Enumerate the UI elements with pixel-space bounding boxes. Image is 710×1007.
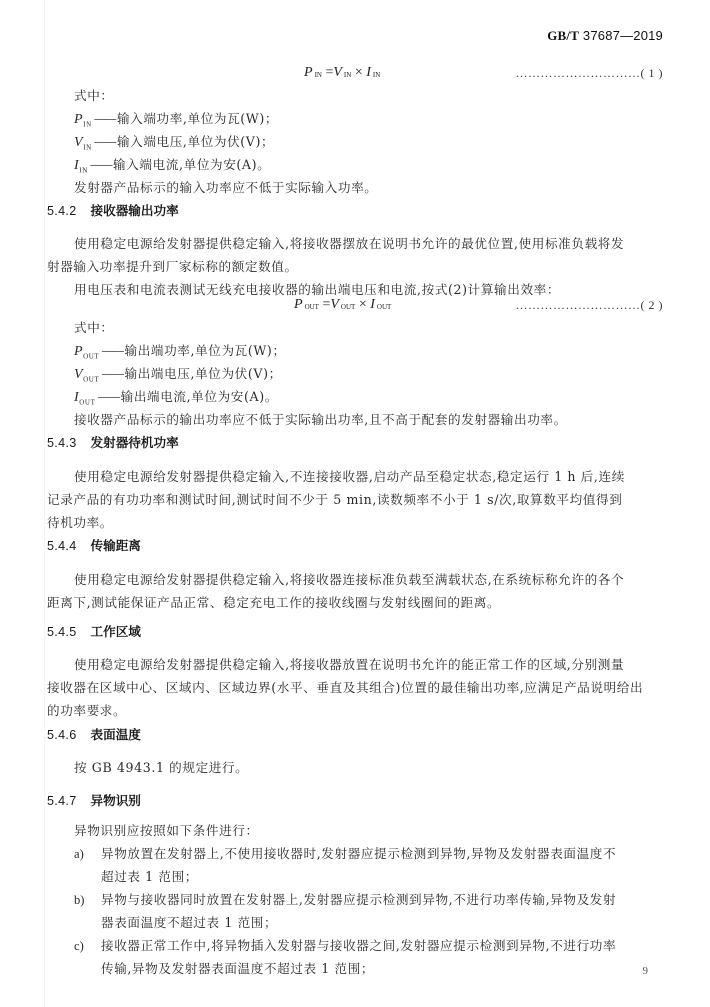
formula-symbol: V xyxy=(330,297,339,312)
section-title: 工作区域 xyxy=(91,624,141,639)
document-page: GB/T 37687—2019 PIN =VIN × IIN ………………………… xyxy=(0,0,710,1007)
list-item-line: 异物放置在发射器上,不使用接收器时,发射器应提示检测到异物,异物及发射器表面温度… xyxy=(101,846,616,862)
paragraph-line: 异物识别应按照如下条件进行： xyxy=(74,823,259,839)
where-item: POUT——输出端功率,单位为瓦(W)； xyxy=(74,343,286,365)
formula-subscript: OUT xyxy=(305,303,319,311)
formula-subscript: IN xyxy=(373,71,380,79)
list-item-line: 接收器正常工作中,将异物插入发射器与接收器之间,发射器应提示检测到异物,不进行功… xyxy=(101,938,616,954)
formula-subscript: OUT xyxy=(341,303,355,311)
list-label-b: b) xyxy=(74,892,85,908)
where-intro: 式中： xyxy=(74,320,114,336)
where-item: VIN——输入端电压,单位为伏(V)； xyxy=(74,134,274,156)
paragraph-line: 使用稳定电源给发射器提供稳定输入,将接收器连接标准负载至满载状态,在系统标称允许… xyxy=(74,572,624,588)
equation-label: ( 1 ) xyxy=(641,66,664,80)
formula-symbol: P xyxy=(304,65,313,80)
formula-1: PIN =VIN × IIN xyxy=(304,64,380,84)
paragraph-line: 距离下,测试能保证产品正常、稳定充电工作的接收线圈与发射线圈间的距离。 xyxy=(47,595,500,611)
paragraph-line: 接收器在区域中心、区域内、区域边界(水平、垂直及其组合)位置的最佳输出功率,应满… xyxy=(47,680,643,696)
paragraph-line: 射器输入功率提升到厂家标称的额定数值。 xyxy=(47,259,298,275)
leader-dots: ………………………… xyxy=(516,298,641,312)
variable-subscript: OUT xyxy=(83,376,99,384)
list-item-line: 器表面温度不超过表 1 范围； xyxy=(101,915,277,931)
formula-subscript: IN xyxy=(344,71,351,79)
variable-symbol: V xyxy=(74,135,83,150)
section-number: 5.4.2 xyxy=(47,204,77,218)
paragraph: 接收器产品标示的输出功率应不低于实际输出功率,且不高于配套的发射器输出功率。 xyxy=(74,412,567,428)
em-dash: —— xyxy=(101,343,122,358)
equation-number-1: …………………………( 1 ) xyxy=(516,64,664,82)
section-title: 异物识别 xyxy=(91,793,141,808)
variable-subscript: IN xyxy=(79,167,88,175)
paragraph: 发射器产品标示的输入功率应不低于实际输入功率。 xyxy=(74,180,377,196)
where-intro: 式中： xyxy=(74,88,114,104)
paragraph-line: 的功率要求。 xyxy=(47,703,126,719)
section-heading-5-4-2: 5.4.2接收器输出功率 xyxy=(47,203,179,219)
section-heading-5-4-3: 5.4.3发射器待机功率 xyxy=(47,435,179,451)
where-item: IOUT——输出端电流,单位为安(A)。 xyxy=(74,389,278,411)
section-number: 5.4.6 xyxy=(47,728,77,742)
section-number: 5.4.4 xyxy=(47,539,77,553)
variable-subscript: IN xyxy=(83,121,92,129)
variable-symbol: P xyxy=(74,112,83,127)
where-item: VOUT——输出端电压,单位为伏(V)； xyxy=(74,366,282,388)
variable-definition: 输出端功率,单位为瓦(W)； xyxy=(125,343,286,358)
section-title: 表面温度 xyxy=(91,727,141,742)
variable-definition: 输入端电压,单位为伏(V)； xyxy=(117,134,274,149)
section-number: 5.4.5 xyxy=(47,625,77,639)
section-title: 发射器待机功率 xyxy=(91,435,179,450)
variable-definition: 输出端电流,单位为安(A)。 xyxy=(121,389,278,404)
list-item-line: 超过表 1 范围； xyxy=(101,869,198,885)
page-edge xyxy=(44,0,45,1007)
paragraph-line: 记录产品的有功功率和测试时间,测试时间不少于 5 min,读数频率不小于 1 s… xyxy=(47,492,622,508)
formula-operator: × xyxy=(359,297,367,312)
variable-subscript: OUT xyxy=(83,353,99,361)
paragraph-line: 待机功率。 xyxy=(47,515,113,531)
formula-symbol: P xyxy=(294,297,303,312)
standard-number: 37687—2019 xyxy=(583,28,663,43)
equation-label: ( 2 ) xyxy=(641,298,664,312)
list-item-line: 异物与接收器同时放置在发射器上,发射器应提示检测到异物,不进行功率传输,异物及发… xyxy=(101,892,616,908)
paragraph-line: 使用稳定电源给发射器提供稳定输入,将接收器摆放在说明书允许的最优位置,使用标准负… xyxy=(74,236,624,252)
formula-symbol: I xyxy=(370,297,375,312)
section-heading-5-4-5: 5.4.5工作区域 xyxy=(47,624,141,640)
where-item: PIN——输入端功率,单位为瓦(W)； xyxy=(74,111,278,133)
paragraph-line: 按 GB 4943.1 的规定进行。 xyxy=(74,760,248,776)
variable-definition: 输入端电流,单位为安(A)。 xyxy=(113,157,270,172)
leader-dots: ………………………… xyxy=(516,66,641,80)
section-number: 5.4.7 xyxy=(47,794,77,808)
running-header: GB/T 37687—2019 xyxy=(547,28,663,44)
section-heading-5-4-7: 5.4.7异物识别 xyxy=(47,793,141,809)
list-item-line: 传输,异物及发射器表面温度不超过表 1 范围； xyxy=(101,961,374,977)
em-dash: —— xyxy=(101,366,122,381)
formula-subscript: IN xyxy=(315,71,322,79)
variable-definition: 输入端功率,单位为瓦(W)； xyxy=(117,111,278,126)
section-title: 传输距离 xyxy=(91,538,141,553)
em-dash: —— xyxy=(94,134,115,149)
variable-subscript: OUT xyxy=(79,399,95,407)
section-number: 5.4.3 xyxy=(47,436,77,450)
em-dash: —— xyxy=(97,389,118,404)
page-number: 9 xyxy=(643,965,649,977)
standard-prefix: GB/T xyxy=(547,28,579,43)
paragraph-line: 使用稳定电源给发射器提供稳定输入,不连接接收器,启动产品至稳定状态,稳定运行 1… xyxy=(74,469,625,485)
list-label-c: c) xyxy=(74,938,84,954)
section-heading-5-4-4: 5.4.4传输距离 xyxy=(47,538,141,554)
list-label-a: a) xyxy=(74,846,84,862)
paragraph-line: 使用稳定电源给发射器提供稳定输入,将接收器放置在说明书允许的能正常工作的区域,分… xyxy=(74,657,624,673)
where-item: IIN——输入端电流,单位为安(A)。 xyxy=(74,157,270,179)
em-dash: —— xyxy=(94,111,115,126)
formula-operator: × xyxy=(355,65,363,80)
variable-definition: 输出端电压,单位为伏(V)； xyxy=(125,366,282,381)
formula-2: POUT =VOUT × IOUT xyxy=(294,296,391,316)
section-heading-5-4-6: 5.4.6表面温度 xyxy=(47,727,141,743)
variable-subscript: IN xyxy=(83,144,92,152)
section-title: 接收器输出功率 xyxy=(91,203,179,218)
formula-subscript: OUT xyxy=(377,303,391,311)
variable-symbol: V xyxy=(74,367,83,382)
formula-symbol: V xyxy=(333,65,342,80)
equation-number-2: …………………………( 2 ) xyxy=(516,296,664,314)
em-dash: —— xyxy=(90,157,111,172)
variable-symbol: P xyxy=(74,344,83,359)
formula-symbol: I xyxy=(366,65,371,80)
